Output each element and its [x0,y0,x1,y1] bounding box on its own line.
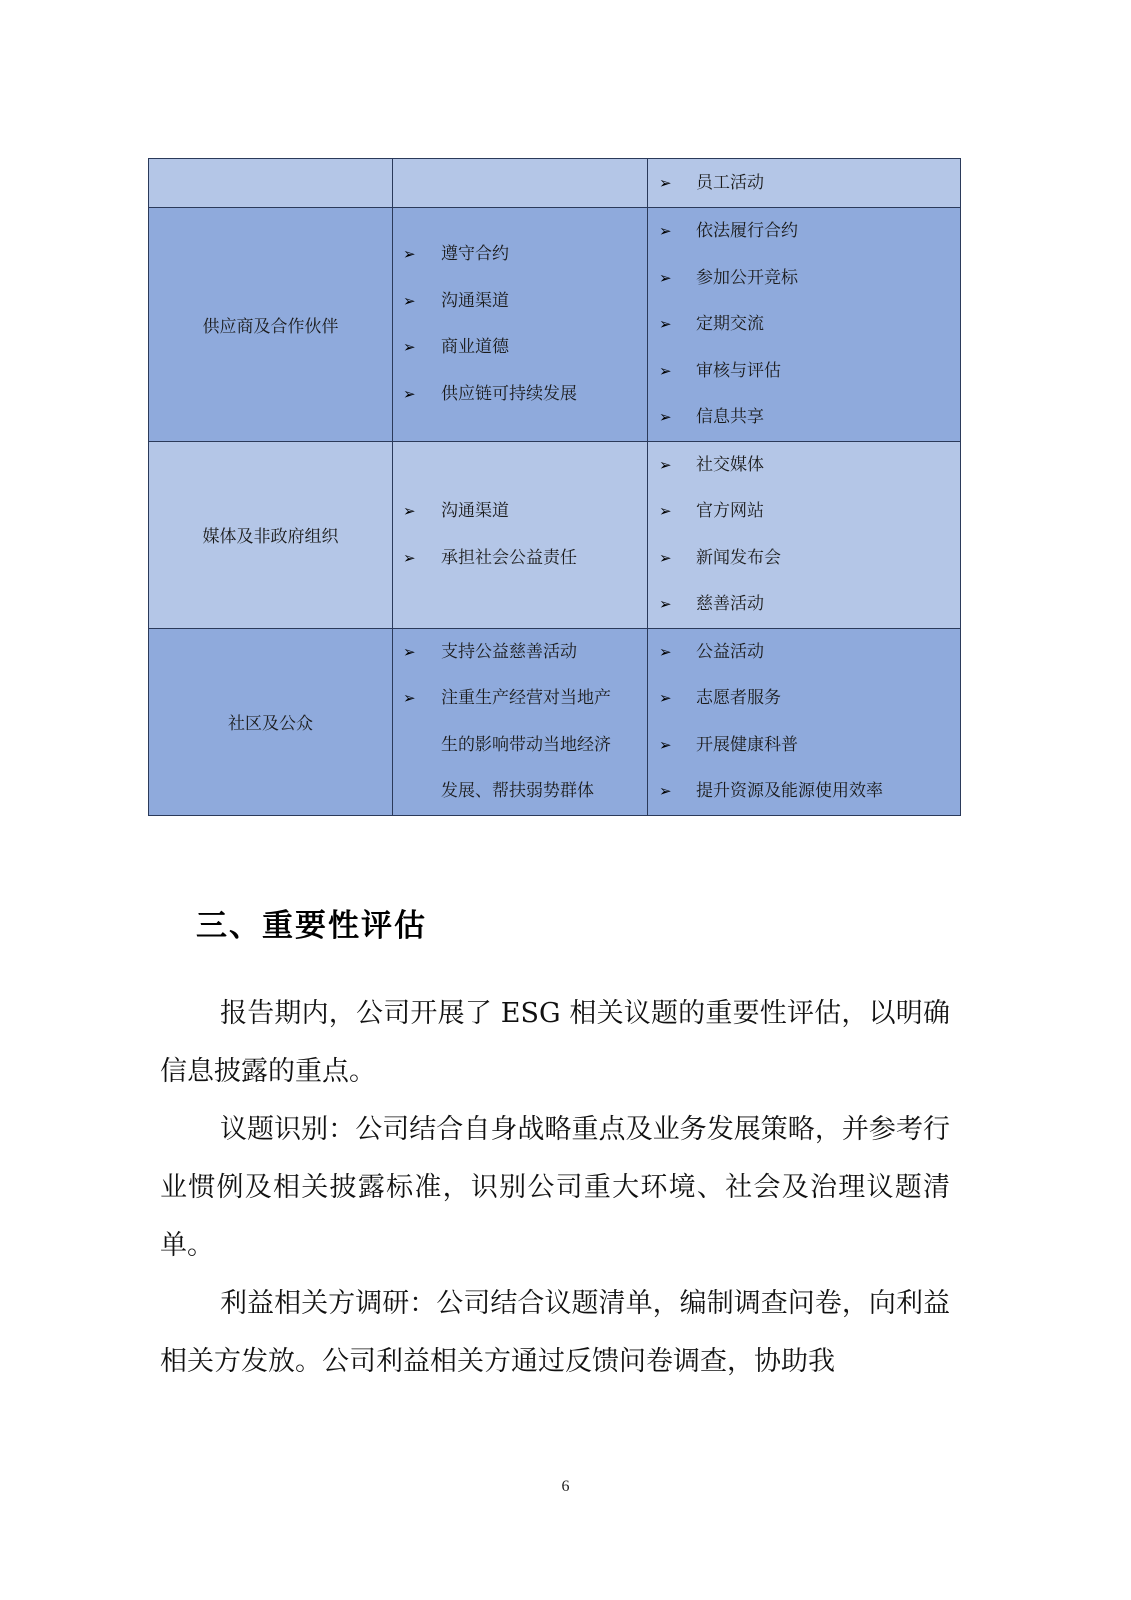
list-item: ➢沟通渠道 [393,488,647,535]
concern-text: 发展、帮扶弱势群体 [441,781,594,801]
arrow-bullet-icon: ➢ [659,488,672,535]
stakeholder-group-cell: 供应商及合作伙伴 [149,208,393,442]
channel-text: 新闻发布会 [696,548,781,568]
arrow-bullet-icon: ➢ [659,208,672,255]
list-item: ➢慈善活动 [648,581,960,628]
channels-cell: ➢员工活动 [648,159,961,208]
list-item: ➢提升资源及能源使用效率 [648,768,960,815]
stakeholder-group-cell: 社区及公众 [149,628,393,815]
list-item: ➢依法履行合约 [648,208,960,255]
page-number: 6 [0,1478,1131,1496]
table-row: ➢员工活动 [149,159,961,208]
arrow-bullet-icon: ➢ [403,675,416,722]
channels-cell: ➢公益活动 ➢志愿者服务 ➢开展健康科普 ➢提升资源及能源使用效率 [648,628,961,815]
concern-text: 生的影响带动当地经济 [441,735,611,755]
arrow-bullet-icon: ➢ [659,581,672,628]
channel-text: 慈善活动 [696,594,764,614]
arrow-bullet-icon: ➢ [659,675,672,722]
arrow-bullet-icon: ➢ [659,348,672,395]
table-row: 媒体及非政府组织 ➢沟通渠道 ➢承担社会公益责任 ➢社交媒体 ➢官方网站 ➢新闻… [149,441,961,628]
section-body: 报告期内，公司开展了 ESG 相关议题的重要性评估，以明确信息披露的重点。 议题… [160,985,950,1391]
list-item: ➢新闻发布会 [648,535,960,582]
arrow-bullet-icon: ➢ [659,255,672,302]
stakeholder-table: ➢员工活动 供应商及合作伙伴 ➢遵守合约 ➢沟通渠道 ➢商业道德 ➢供应链可持续… [148,158,961,816]
section-heading: 三、重要性评估 [196,900,427,945]
list-item: ➢社交媒体 [648,442,960,489]
arrow-bullet-icon: ➢ [659,629,672,676]
list-item: ➢注重生产经营对当地产 [393,675,647,722]
list-item: ➢商业道德 [393,324,647,371]
concerns-cell [393,159,648,208]
concern-text: 商业道德 [441,337,509,357]
concerns-cell: ➢遵守合约 ➢沟通渠道 ➢商业道德 ➢供应链可持续发展 [393,208,648,442]
list-item: ➢开展健康科普 [648,722,960,769]
list-item: ➢官方网站 [648,488,960,535]
list-item: ➢参加公开竞标 [648,255,960,302]
list-item-continuation: 生的影响带动当地经济 [393,722,647,769]
channel-text: 依法履行合约 [696,221,798,241]
stakeholder-group-cell: 媒体及非政府组织 [149,441,393,628]
channel-text: 社交媒体 [696,455,764,475]
channels-cell: ➢依法履行合约 ➢参加公开竞标 ➢定期交流 ➢审核与评估 ➢信息共享 [648,208,961,442]
stakeholder-group-cell [149,159,393,208]
arrow-bullet-icon: ➢ [403,535,416,582]
list-item: ➢承担社会公益责任 [393,535,647,582]
channel-text: 审核与评估 [696,361,781,381]
table-row: 社区及公众 ➢支持公益慈善活动 ➢注重生产经营对当地产 生的影响带动当地经济 发… [149,628,961,815]
channels-cell: ➢社交媒体 ➢官方网站 ➢新闻发布会 ➢慈善活动 [648,441,961,628]
arrow-bullet-icon: ➢ [659,442,672,489]
channel-text: 定期交流 [696,314,764,334]
arrow-bullet-icon: ➢ [403,371,416,418]
list-item: ➢信息共享 [648,394,960,441]
table-row: 供应商及合作伙伴 ➢遵守合约 ➢沟通渠道 ➢商业道德 ➢供应链可持续发展 ➢依法… [149,208,961,442]
arrow-bullet-icon: ➢ [659,722,672,769]
arrow-bullet-icon: ➢ [659,768,672,815]
channel-text: 参加公开竞标 [696,268,798,288]
list-item: ➢员工活动 [648,160,960,207]
arrow-bullet-icon: ➢ [659,160,672,207]
arrow-bullet-icon: ➢ [403,488,416,535]
concern-text: 供应链可持续发展 [441,384,577,404]
list-item: ➢支持公益慈善活动 [393,629,647,676]
arrow-bullet-icon: ➢ [403,278,416,325]
concerns-cell: ➢支持公益慈善活动 ➢注重生产经营对当地产 生的影响带动当地经济 发展、帮扶弱势… [393,628,648,815]
concern-text: 承担社会公益责任 [441,548,577,568]
arrow-bullet-icon: ➢ [659,301,672,348]
concern-text: 注重生产经营对当地产 [441,688,611,708]
list-item: ➢供应链可持续发展 [393,371,647,418]
list-item-continuation: 发展、帮扶弱势群体 [393,768,647,815]
list-item: ➢沟通渠道 [393,278,647,325]
channel-text: 提升资源及能源使用效率 [696,781,883,801]
arrow-bullet-icon: ➢ [403,324,416,371]
list-item: ➢遵守合约 [393,231,647,278]
concern-text: 遵守合约 [441,244,509,264]
paragraph: 议题识别：公司结合自身战略重点及业务发展策略，并参考行业惯例及相关披露标准，识别… [160,1101,950,1275]
arrow-bullet-icon: ➢ [403,629,416,676]
channel-text: 信息共享 [696,407,764,427]
channel-text: 开展健康科普 [696,735,798,755]
paragraph: 报告期内，公司开展了 ESG 相关议题的重要性评估，以明确信息披露的重点。 [160,985,950,1101]
concern-text: 支持公益慈善活动 [441,642,577,662]
paragraph: 利益相关方调研：公司结合议题清单，编制调查问卷，向利益相关方发放。公司利益相关方… [160,1275,950,1391]
list-item: ➢定期交流 [648,301,960,348]
list-item: ➢审核与评估 [648,348,960,395]
channel-text: 官方网站 [696,501,764,521]
concern-text: 沟通渠道 [441,501,509,521]
concern-text: 沟通渠道 [441,291,509,311]
concerns-cell: ➢沟通渠道 ➢承担社会公益责任 [393,441,648,628]
channel-text: 员工活动 [696,173,764,193]
channel-text: 志愿者服务 [696,688,781,708]
list-item: ➢志愿者服务 [648,675,960,722]
arrow-bullet-icon: ➢ [403,231,416,278]
list-item: ➢公益活动 [648,629,960,676]
channel-text: 公益活动 [696,642,764,662]
arrow-bullet-icon: ➢ [659,394,672,441]
arrow-bullet-icon: ➢ [659,535,672,582]
